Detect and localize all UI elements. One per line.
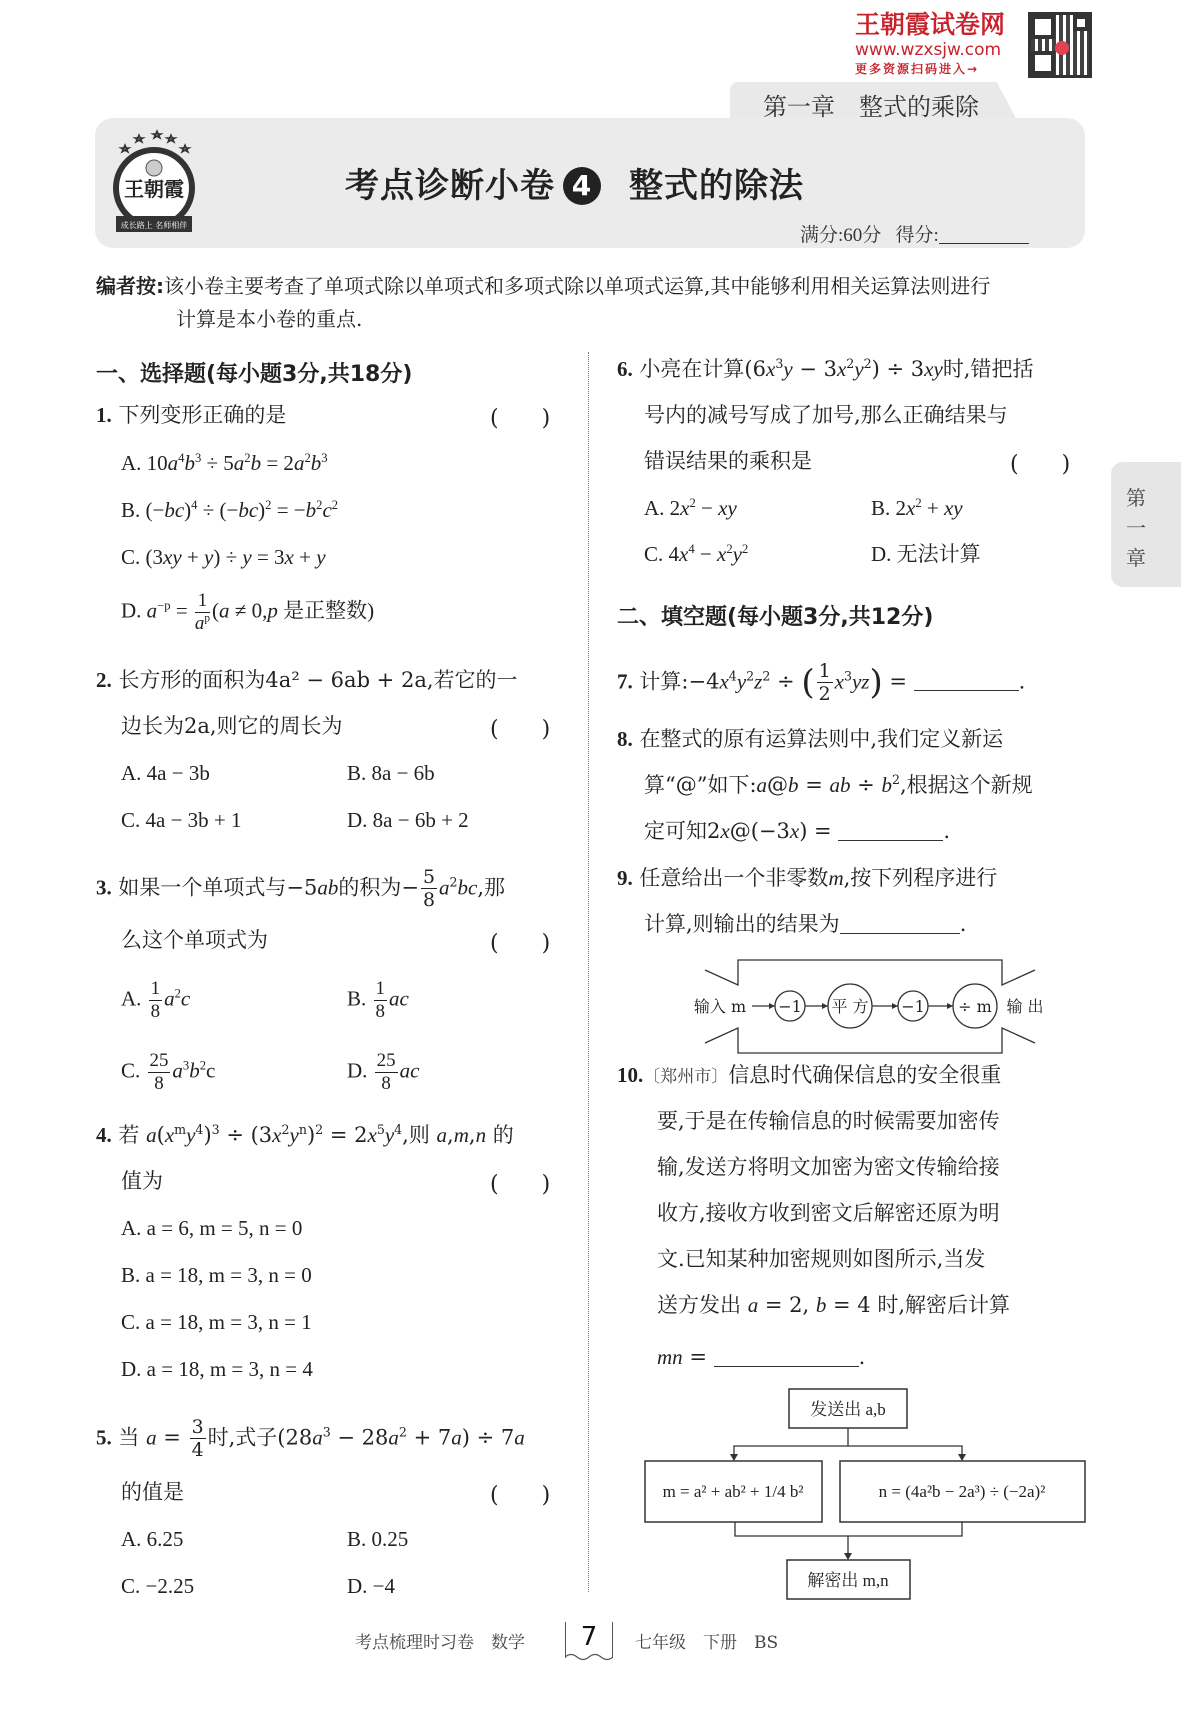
question-3: 3. 如果一个单项式与−5ab的积为−58a2bc,那	[96, 868, 505, 910]
answer-paren-1[interactable]: ( )	[490, 401, 550, 432]
q2-option-b[interactable]: B. 8a − 6b	[347, 761, 435, 785]
flow-output-label: 输 出	[1006, 997, 1043, 1016]
q2-option-d[interactable]: D. 8a − 6b + 2	[347, 808, 469, 832]
answer-paren-2[interactable]: ( )	[490, 712, 550, 743]
question-9-line2: 计算,则输出的结果为.	[644, 912, 966, 936]
brand-name: 王朝霞试卷网	[855, 10, 1040, 40]
footer-left: 考点梳理时习卷 数学	[355, 1628, 525, 1653]
question-3-line2: 么这个单项式为	[121, 928, 268, 952]
q1-option-d[interactable]: D. a−p = 1ap(a ≠ 0,p 是正整数)	[121, 592, 374, 634]
flow-step-2: 平 方	[831, 997, 868, 1016]
diagram-m-formula: m = a² + ab² + 1/4 b²	[663, 1482, 804, 1501]
score-blank[interactable]	[939, 226, 1029, 244]
q9-answer-blank[interactable]	[840, 914, 960, 934]
section-1-title: 一、选择题(每小题3分,共18分)	[96, 357, 412, 388]
q4-option-d[interactable]: D. a = 18, m = 3, n = 4	[121, 1357, 313, 1381]
q3-option-c[interactable]: C. 258a3b2c	[121, 1052, 215, 1094]
answer-paren-3[interactable]: ( )	[490, 926, 550, 957]
question-10-line7: mn = .	[657, 1345, 865, 1369]
chapter-tab-label: 第一章 整式的乘除	[763, 87, 979, 122]
q1-option-a[interactable]: A. 10a4b3 ÷ 5a2b = 2a2b3	[121, 451, 328, 475]
page-wave-icon	[565, 1652, 613, 1662]
footer-right: 七年级 下册 BS	[635, 1628, 778, 1653]
svg-text:王朝霞: 王朝霞	[124, 177, 184, 201]
q3-option-b[interactable]: B. 18ac	[347, 980, 409, 1022]
q5-option-a[interactable]: A. 6.25	[121, 1527, 183, 1551]
flow-step-1: −1	[778, 997, 802, 1016]
brand-url[interactable]: www.wzxsjw.com	[855, 40, 1040, 60]
section-2-title: 二、填空题(每小题3分,共12分)	[617, 600, 933, 631]
title-number-badge: 4	[563, 167, 601, 205]
q3-option-d[interactable]: D. 258ac	[347, 1052, 419, 1094]
question-2: 2. 长方形的面积为4a² − 6ab + 2a,若它的一	[96, 668, 518, 692]
question-6: 6. 小亮在计算(6x3y − 3x2y2) ÷ 3xy时,错把括	[617, 357, 1034, 381]
q10-encryption-diagram: 发送出 a,b m = a² + ab² + 1/4 b² n = (4a²b …	[640, 1380, 1100, 1610]
q3-option-a[interactable]: A. 18a2c	[121, 980, 190, 1022]
question-10-line5: 文.已知某种加密规则如图所示,当发	[657, 1247, 985, 1271]
side-chapter-tab: 第 一 章	[1111, 462, 1181, 587]
question-10-line4: 收方,接收方收到密文后解密还原为明	[657, 1201, 1000, 1225]
q4-option-c[interactable]: C. a = 18, m = 3, n = 1	[121, 1310, 312, 1334]
q7-answer-blank[interactable]	[914, 671, 1019, 691]
question-10-line3: 输,发送方将明文加密为密文传输给接	[657, 1155, 1000, 1179]
answer-paren-4[interactable]: ( )	[490, 1167, 550, 1198]
flow-step-3: −1	[901, 997, 925, 1016]
question-9: 9. 任意给出一个非零数m,按下列程序进行	[617, 866, 997, 890]
brand-logo-icon: 王朝霞 成长路上 名师相伴	[104, 128, 204, 243]
flow-input-label: 输入 m	[694, 997, 746, 1016]
question-6-line2: 号内的减号写成了加号,那么正确结果与	[644, 403, 1008, 427]
q4-option-a[interactable]: A. a = 6, m = 5, n = 0	[121, 1216, 302, 1240]
question-7: 7. 计算:−4x4y2z2 ÷ (12x3yz) = .	[617, 662, 1025, 704]
page-title: 考点诊断小卷4整式的除法	[345, 158, 804, 207]
q10-answer-blank[interactable]	[714, 1347, 859, 1367]
q6-option-c[interactable]: C. 4x4 − x2y2	[644, 542, 748, 566]
svg-text:成长路上 名师相伴: 成长路上 名师相伴	[121, 220, 188, 230]
q1-option-c[interactable]: C. (3xy + y) ÷ y = 3x + y	[121, 545, 326, 569]
question-10: 10.〔郑州市〕信息时代确保信息的安全很重	[617, 1063, 1001, 1089]
q5-option-c[interactable]: C. −2.25	[121, 1574, 194, 1598]
q8-answer-blank[interactable]	[838, 821, 943, 841]
question-8-line2: 算“@”如下:a@b = ab ÷ b2,根据这个新规	[644, 773, 1033, 797]
question-5: 5. 当 a = 34时,式子(28a3 − 28a2 + 7a) ÷ 7a	[96, 1418, 525, 1460]
question-5-line2: 的值是	[121, 1480, 184, 1504]
question-10-line6: 送方发出 a = 2, b = 4 时,解密后计算	[657, 1293, 1010, 1317]
q5-option-d[interactable]: D. −4	[347, 1574, 395, 1598]
qr-code-icon[interactable]	[1028, 12, 1092, 78]
q4-option-b[interactable]: B. a = 18, m = 3, n = 0	[121, 1263, 312, 1287]
brand-more-text: 更多资源扫码进入→	[855, 60, 1040, 78]
q2-option-c[interactable]: C. 4a − 3b + 1	[121, 808, 242, 832]
brand-block: 王朝霞试卷网 www.wzxsjw.com 更多资源扫码进入→	[855, 10, 1040, 78]
question-10-line2: 要,于是在传输信息的时候需要加密传	[657, 1109, 1000, 1133]
q1-option-b[interactable]: B. (−bc)4 ÷ (−bc)2 = −b2c2	[121, 498, 338, 522]
question-8: 8. 在整式的原有运算法则中,我们定义新运	[617, 727, 1003, 751]
q2-option-a[interactable]: A. 4a − 3b	[121, 761, 210, 785]
diagram-decrypt-box: 解密出 m,n	[807, 1571, 889, 1590]
question-8-line3: 定可知2x@(−3x) = .	[644, 819, 950, 843]
question-2-line2: 边长为2a,则它的周长为	[121, 714, 343, 738]
q9-program-flowchart: 输入 m −1 平 方 −1 ÷ m 输 出	[680, 955, 1060, 1065]
q6-option-b[interactable]: B. 2x2 + xy	[871, 496, 963, 520]
question-1: 1. 下列变形正确的是	[96, 403, 286, 427]
answer-paren-5[interactable]: ( )	[490, 1478, 550, 1509]
column-divider	[588, 352, 589, 1592]
flow-step-4: ÷ m	[958, 997, 992, 1016]
q6-option-d[interactable]: D. 无法计算	[871, 542, 981, 566]
question-4-line2: 值为	[121, 1169, 163, 1193]
score-line: 满分:60分 得分:	[800, 220, 1029, 247]
diagram-send-box: 发送出 a,b	[810, 1400, 886, 1419]
diagram-n-formula: n = (4a²b − 2a³) ÷ (−2a)²	[879, 1482, 1046, 1501]
q5-option-b[interactable]: B. 0.25	[347, 1527, 408, 1551]
editor-note: 编者按:该小卷主要考查了单项式除以单项式和多项式除以单项式运算,其中能够利用相关…	[96, 270, 1086, 336]
question-4: 4. 若 a(xmy4)3 ÷ (3x2yn)2 = 2x5y4,则 a,m,n…	[96, 1123, 514, 1147]
question-6-line3: 错误结果的乘积是	[644, 449, 812, 473]
q6-option-a[interactable]: A. 2x2 − xy	[644, 496, 737, 520]
answer-paren-6[interactable]: ( )	[1010, 447, 1070, 478]
